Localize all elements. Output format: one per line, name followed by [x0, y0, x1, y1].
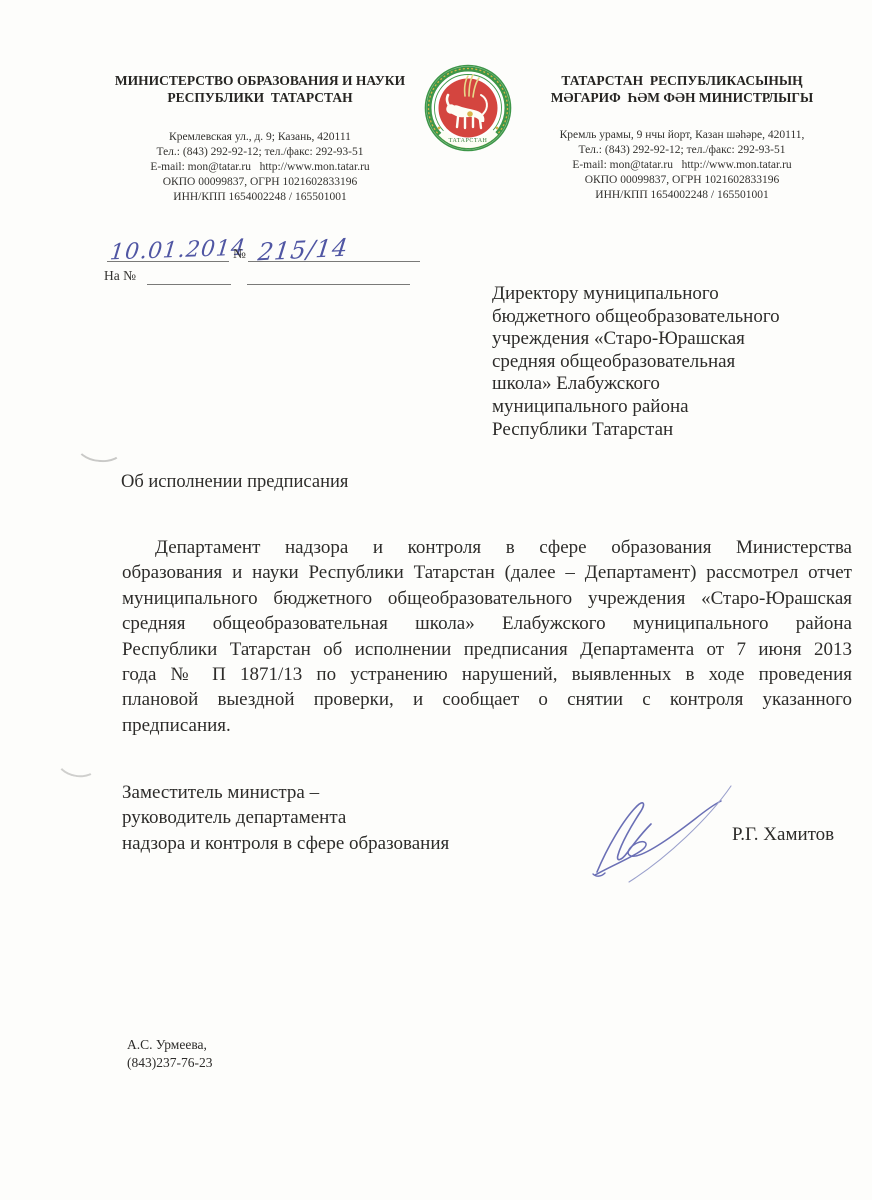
addressee-line: школа» Елабужского: [492, 373, 822, 396]
addressee-line: муниципального района: [492, 396, 822, 419]
addressee-line: Республики Татарстан: [492, 419, 822, 442]
ministry-address-russian: Кремлевская ул., д. 9; Казань, 420111 Те…: [100, 130, 420, 205]
body-paragraph: Департамент надзора и контроля в сфере о…: [122, 535, 852, 738]
ministry-title-tatar: ТАТАРСТАН РЕСПУБЛИКАСЫНЫҢ МӘГАРИФ ҺӘМ ФӘ…: [508, 72, 856, 106]
signer-position-line: Заместитель министра –: [122, 780, 449, 805]
ministry-address-tatar: Кремль урамы, 9 нчы йорт, Казан шәһәре, …: [508, 128, 856, 203]
signer-position-line: надзора и контроля в сфере образования: [122, 831, 449, 856]
ministry-title-line: РЕСПУБЛИКИ ТАТАРСТАН: [100, 89, 420, 106]
addressee-line: бюджетного общеобразовательного: [492, 306, 822, 329]
signer-position-line: руководитель департамента: [122, 805, 449, 830]
addressee-line: учреждения «Старо-Юрашская: [492, 328, 822, 351]
addressee-block: Директору муниципального бюджетного обще…: [492, 283, 822, 441]
signer-position-block: Заместитель министра – руководитель депа…: [122, 780, 449, 856]
emblem-ring-text: ТАТАРСТАН: [449, 138, 488, 144]
body-line: Республики Татарстан об исполнении предп…: [122, 637, 852, 662]
address-line: ИНН/КПП 1654002248 / 165501001: [100, 190, 420, 205]
signer-name: Р.Г. Хамитов: [732, 824, 834, 846]
tatarstan-coat-of-arms-icon: ТАТАРСТАН: [424, 64, 512, 152]
address-line: Кремлевская ул., д. 9; Казань, 420111: [100, 130, 420, 145]
body-line: средняя общеобразовательная школа» Елабу…: [122, 611, 852, 636]
subject-line: Об исполнении предписания: [121, 472, 348, 493]
address-line: ОКПО 00099837, ОГРН 1021602833196: [508, 173, 856, 188]
address-line: Тел.: (843) 292-92-12; тел./факс: 292-93…: [508, 143, 856, 158]
scan-artifact-arc: [55, 747, 100, 781]
body-line: муниципального бюджетного общеобразовате…: [122, 586, 852, 611]
ministry-title-line: МИНИСТЕРСТВО ОБРАЗОВАНИЯ И НАУКИ: [100, 72, 420, 89]
body-line: плановой выездной проверки, и сообщает о…: [122, 687, 852, 712]
body-line: года № П 1871/13 по устранению нарушений…: [122, 662, 852, 687]
body-line: Департамент надзора и контроля в сфере о…: [122, 535, 852, 560]
address-line: Тел.: (843) 292-92-12; тел./факс: 292-93…: [100, 145, 420, 160]
address-line: E-mail: mon@tatar.ru http://www.mon.tata…: [508, 158, 856, 173]
reply-to-number-label: На №: [104, 268, 136, 284]
ministry-title-line: ТАТАРСТАН РЕСПУБЛИКАСЫНЫҢ: [508, 72, 856, 89]
number-blank-line: [248, 261, 420, 262]
addressee-line: Директору муниципального: [492, 283, 822, 306]
scanned-letter-page: МИНИСТЕРСТВО ОБРАЗОВАНИЯ И НАУКИ РЕСПУБЛ…: [0, 0, 872, 1200]
body-line: предписания.: [122, 713, 852, 738]
reply-number-blank-line: [147, 284, 231, 285]
handwritten-signature-icon: [585, 776, 745, 891]
address-line: ИНН/КПП 1654002248 / 165501001: [508, 188, 856, 203]
date-blank-line: [107, 261, 229, 262]
scan-artifact-arc: [75, 430, 126, 465]
executor-name: А.С. Урмеева,: [127, 1036, 212, 1054]
address-line: E-mail: mon@tatar.ru http://www.mon.tata…: [100, 160, 420, 175]
body-line: образования и науки Республики Татарстан…: [122, 560, 852, 585]
ministry-title-line: МӘГАРИФ ҺӘМ ФӘН МИНИСТРЛЫГЫ: [508, 89, 856, 106]
reply-date-blank-line: [247, 284, 410, 285]
executor-block: А.С. Урмеева, (843)237-76-23: [127, 1036, 212, 1071]
addressee-line: средняя общеобразовательная: [492, 351, 822, 374]
address-line: ОКПО 00099837, ОГРН 1021602833196: [100, 175, 420, 190]
executor-phone: (843)237-76-23: [127, 1054, 212, 1072]
ministry-title-russian: МИНИСТЕРСТВО ОБРАЗОВАНИЯ И НАУКИ РЕСПУБЛ…: [100, 72, 420, 106]
number-sign-label: №: [233, 246, 246, 262]
address-line: Кремль урамы, 9 нчы йорт, Казан шәһәре, …: [508, 128, 856, 143]
